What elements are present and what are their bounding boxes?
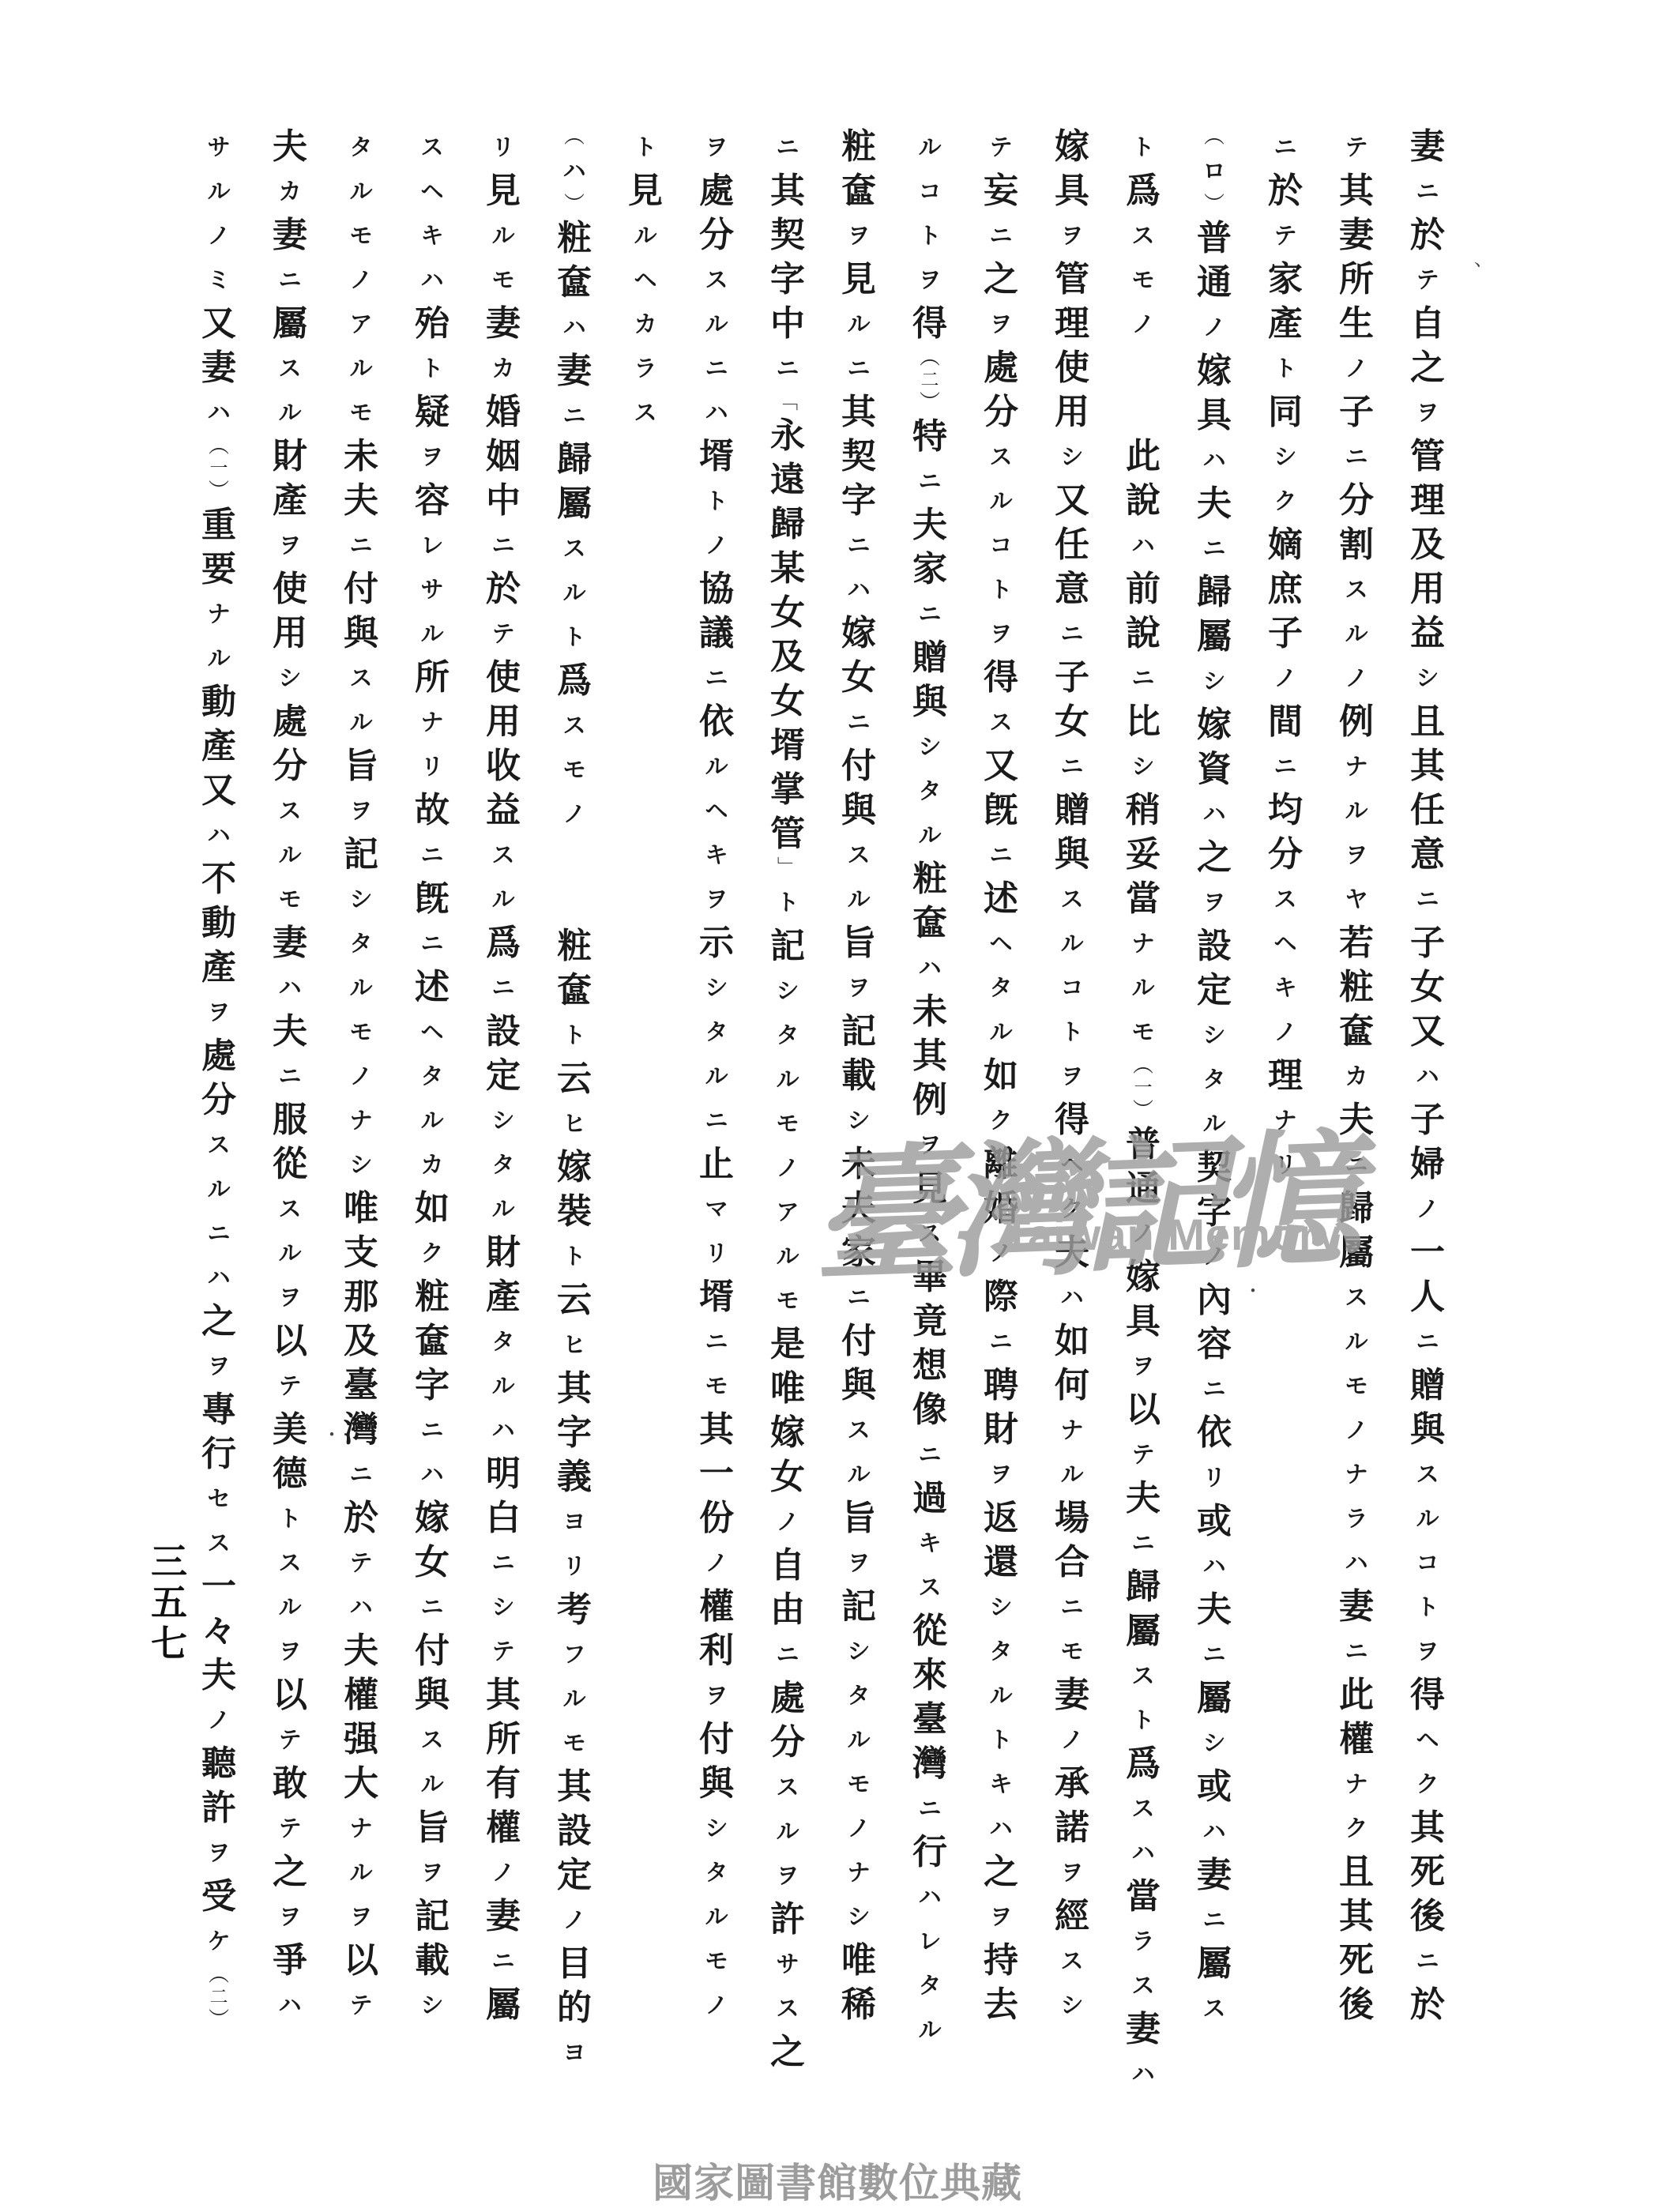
glyph-cell: リ <box>397 744 468 788</box>
glyph-cell: 產 <box>183 724 254 769</box>
glyph-cell: 嫁 <box>752 1411 823 1455</box>
glyph-cell: ニ <box>894 1432 965 1477</box>
glyph-cell: ニ <box>823 700 894 744</box>
glyph-cell: 及 <box>325 1319 397 1364</box>
glyph-cell: ︵ <box>539 125 610 149</box>
glyph-cell: シ <box>823 1629 894 1673</box>
glyph-cell: 得 <box>965 656 1036 700</box>
glyph-cell: 設 <box>1179 924 1250 969</box>
text-column-5: ト爲スモノ此說ハ前說ニ比シ稍妥當ナルモ︵一︶普通ノ嫁具ヲ以テ夫ニ歸屬スト爲スハ當… <box>1108 125 1179 2131</box>
glyph-cell: 付 <box>397 1629 468 1673</box>
glyph-cell: 付 <box>823 1319 894 1364</box>
glyph-cell: ニ <box>894 459 965 503</box>
glyph-cell: 資 <box>1179 747 1250 792</box>
glyph-cell: ヲ <box>183 990 254 1034</box>
text-column-14: リ見ルモ妻カ婚姻中ニ於テ使用收益スル爲ニ設定シタル財產タルハ明白ニシテ其所有權ノ… <box>468 125 539 2131</box>
glyph-cell: ︶ <box>539 193 610 216</box>
glyph-cell: 記 <box>397 1894 468 1939</box>
glyph-cell: ノ <box>1250 1010 1321 1054</box>
glyph-cell: 歸 <box>752 502 823 547</box>
glyph-cell: ス <box>1108 1786 1179 1830</box>
glyph-cell: 女 <box>1036 700 1108 744</box>
glyph-cell: ヲ <box>1108 1344 1179 1388</box>
glyph-cell: 處 <box>965 346 1036 390</box>
text-column-18: サルノミ又妻ハ︵一︶重要ナル動產又ハ不動產ヲ處分スルニハ之ヲ專行セス一々夫ノ聽許… <box>183 125 254 2131</box>
glyph-cell: 又 <box>183 769 254 813</box>
glyph-cell: ノ <box>183 213 254 258</box>
glyph-cell: ハ <box>254 1983 325 2027</box>
glyph-cell: 及 <box>1392 523 1463 567</box>
glyph-cell: ニ <box>681 346 752 390</box>
glyph-cell: 場 <box>1036 1496 1108 1540</box>
glyph-cell: 德 <box>254 1452 325 1496</box>
glyph-cell: 行 <box>183 1432 254 1477</box>
glyph-cell: ノ <box>325 258 397 302</box>
glyph-cell: ヲ <box>1036 1054 1108 1098</box>
text-column-16: タルモノアルモ未夫ニ付與スル旨ヲ記シタルモノナシ唯支那及臺灣ニ於テハ夫權强大ナル… <box>325 125 397 2131</box>
glyph-cell: ト <box>539 615 610 659</box>
glyph-cell: ニ <box>965 1319 1036 1364</box>
glyph-cell: 分 <box>254 744 325 788</box>
glyph-cell: ヘ <box>1250 921 1321 965</box>
glyph-cell: 歸 <box>539 438 610 482</box>
glyph-cell: ス <box>681 258 752 302</box>
glyph-cell: 義 <box>539 1455 610 1499</box>
glyph-cell: 分 <box>1250 833 1321 877</box>
glyph-cell: 說 <box>1108 479 1179 523</box>
glyph-cell: 屬 <box>1179 1942 1250 1986</box>
glyph-cell: ル <box>752 1809 823 1853</box>
glyph-cell: カ <box>610 302 681 346</box>
glyph-cell: 其 <box>468 1673 539 1717</box>
glyph-cell: 普 <box>1108 1123 1179 1167</box>
glyph-cell: ト <box>1250 346 1321 390</box>
glyph-cell: 粧 <box>1321 965 1392 1010</box>
glyph-cell: 奩 <box>823 169 894 213</box>
glyph-cell: ル <box>681 1894 752 1939</box>
glyph-cell: ス <box>183 1123 254 1167</box>
glyph-cell: ス <box>254 788 325 833</box>
glyph-cell: モ <box>681 1364 752 1408</box>
glyph-cell: 子 <box>1250 611 1321 656</box>
glyph-cell: 管 <box>1036 258 1108 302</box>
glyph-cell: ク <box>397 1231 468 1275</box>
glyph-cell: ナ <box>325 1098 397 1142</box>
glyph-cell: 由 <box>752 1588 823 1632</box>
glyph-cell: ナ <box>397 700 468 744</box>
glyph-cell: ニ <box>752 125 823 169</box>
glyph-cell: 定 <box>1179 969 1250 1013</box>
glyph-cell: 裝 <box>539 1190 610 1234</box>
glyph-cell: ニ <box>1321 1142 1392 1187</box>
glyph-cell: ト <box>681 479 752 523</box>
glyph-cell: ヲ <box>183 1344 254 1388</box>
glyph-cell: ヲ <box>965 1452 1036 1496</box>
glyph-cell: 財 <box>468 1231 539 1275</box>
glyph-cell: 後 <box>1392 1894 1463 1939</box>
glyph-cell: 用 <box>468 700 539 744</box>
glyph-cell: ナ <box>183 592 254 636</box>
glyph-cell: 妻 <box>1392 125 1463 169</box>
glyph-cell: ヤ <box>1321 877 1392 921</box>
glyph-cell: シ <box>681 965 752 1010</box>
glyph-cell: キ <box>894 1521 965 1565</box>
glyph-cell: 之 <box>1179 836 1250 880</box>
glyph-cell: 中 <box>752 302 823 346</box>
glyph-cell: 那 <box>325 1275 397 1319</box>
glyph-cell: 與 <box>1036 833 1108 877</box>
glyph-cell: 字 <box>1179 1190 1250 1234</box>
glyph-cell: ニ <box>894 592 965 636</box>
glyph-cell: 姻 <box>468 434 539 479</box>
glyph-cell: ス <box>610 390 681 434</box>
glyph-cell: 未 <box>894 990 965 1034</box>
glyph-cell: 嫁 <box>823 611 894 656</box>
glyph-cell: ル <box>254 833 325 877</box>
glyph-cell: 生 <box>1321 302 1392 346</box>
glyph-cell: タ <box>965 1629 1036 1673</box>
scanned-document-page: { "page": { "columns": [ "妻ニ於テ自之ヲ管理及用益シ且… <box>0 0 1659 2212</box>
glyph-cell: ル <box>1179 1101 1250 1145</box>
glyph-cell: タ <box>681 1850 752 1894</box>
glyph-cell: ニ <box>1036 611 1108 656</box>
glyph-cell: 妥 <box>1108 833 1179 877</box>
glyph-cell: 不 <box>183 857 254 901</box>
glyph-cell: ノ <box>1179 1234 1250 1278</box>
glyph-cell: 許 <box>752 1898 823 1942</box>
glyph-cell: ヒ <box>539 1322 610 1367</box>
glyph-cell: ヲ <box>397 434 468 479</box>
glyph-cell: ヲ <box>752 1853 823 1898</box>
glyph-cell: ヲ <box>325 788 397 833</box>
glyph-cell: コ <box>894 169 965 213</box>
glyph-cell: 粧 <box>823 125 894 169</box>
glyph-cell: ラ <box>610 346 681 390</box>
glyph-cell: 持 <box>965 1939 1036 1983</box>
glyph-cell: リ <box>1179 1455 1250 1499</box>
glyph-cell: ニ <box>752 1632 823 1676</box>
glyph-cell: テ <box>1392 258 1463 302</box>
glyph-cell: ︵ <box>183 434 254 458</box>
glyph-cell: ノ <box>681 1540 752 1585</box>
glyph-cell: ︶ <box>183 2008 254 2032</box>
glyph-cell: 粧 <box>539 924 610 969</box>
glyph-cell: ル <box>681 1054 752 1098</box>
glyph-cell: 諾 <box>1036 1806 1108 1850</box>
glyph-cell: タ <box>1179 1057 1250 1101</box>
glyph-cell: 庶 <box>1250 567 1321 611</box>
glyph-cell: 未 <box>325 434 397 479</box>
glyph-cell: 得 <box>1036 1098 1108 1142</box>
glyph-cell: ヲ <box>681 877 752 921</box>
glyph-cell: テ <box>965 125 1036 169</box>
glyph-cell: ト <box>539 1013 610 1057</box>
glyph-cell: ニ <box>468 1540 539 1585</box>
glyph-cell: ナ <box>1108 921 1179 965</box>
glyph-cell: ス <box>1321 1275 1392 1319</box>
glyph-cell: ハ <box>1108 523 1179 567</box>
glyph-cell: 妻 <box>468 302 539 346</box>
glyph-cell: ハ <box>1036 1275 1108 1319</box>
glyph-cell: ノ <box>1179 305 1250 349</box>
glyph-cell: タ <box>468 1142 539 1187</box>
glyph-cell: ヲ <box>681 125 752 169</box>
glyph-cell: ハ <box>1108 2052 1179 2096</box>
glyph-cell: ア <box>752 1190 823 1234</box>
glyph-cell: 產 <box>183 946 254 990</box>
glyph-cell: ル <box>1321 1319 1392 1364</box>
glyph-cell: 人 <box>1392 1275 1463 1319</box>
glyph-cell: 分 <box>752 1721 823 1765</box>
glyph-cell: モ <box>325 213 397 258</box>
glyph-cell: ス <box>1036 1939 1108 1983</box>
glyph-cell: 其 <box>894 1034 965 1078</box>
glyph-cell: 以 <box>1108 1388 1179 1432</box>
glyph-cell: ル <box>539 1676 610 1721</box>
glyph-cell: 與 <box>1392 1408 1463 1452</box>
glyph-cell: 設 <box>468 1010 539 1054</box>
glyph-cell: モ <box>681 1939 752 1983</box>
glyph-cell: 分 <box>183 1078 254 1123</box>
glyph-cell: 又 <box>1392 1010 1463 1054</box>
glyph-cell: 服 <box>254 1098 325 1142</box>
glyph-cell: 旣 <box>965 788 1036 833</box>
glyph-cell: 契 <box>752 213 823 258</box>
glyph-cell: タ <box>894 769 965 813</box>
glyph-cell: ニ <box>325 1452 397 1496</box>
glyph-cell: ナ <box>1321 1452 1392 1496</box>
glyph-cell: 臺 <box>325 1364 397 1408</box>
glyph-cell: ヲ <box>1036 1850 1108 1894</box>
glyph-cell: モ <box>325 390 397 434</box>
glyph-cell: 處 <box>752 1676 823 1721</box>
glyph-cell: 還 <box>965 1540 1036 1585</box>
glyph-cell: 粧 <box>539 216 610 261</box>
glyph-cell: フ <box>539 1632 610 1676</box>
glyph-cell: リ <box>539 1544 610 1588</box>
glyph-cell: シ <box>1036 434 1108 479</box>
glyph-cell: 嫡 <box>1250 523 1321 567</box>
glyph-cell: ノ <box>1108 1211 1179 1255</box>
glyph-cell: 利 <box>681 1629 752 1673</box>
glyph-cell: カ <box>1321 1054 1392 1098</box>
glyph-cell: ニ <box>1392 169 1463 213</box>
glyph-cell: ル <box>1036 1452 1108 1496</box>
glyph-cell: 處 <box>183 1034 254 1078</box>
glyph-cell: ニ <box>183 1211 254 1255</box>
glyph-cell: ト <box>752 880 823 924</box>
glyph-cell: 其 <box>681 1408 752 1452</box>
glyph-cell: 未 <box>823 1142 894 1187</box>
glyph-cell: ル <box>183 169 254 213</box>
glyph-cell: ニ <box>254 1054 325 1098</box>
glyph-cell: 掌 <box>752 768 823 812</box>
glyph-cell: 記 <box>823 1010 894 1054</box>
glyph-cell: 子 <box>1321 390 1392 434</box>
glyph-cell: 壻 <box>752 724 823 768</box>
glyph-cell: ス <box>1321 567 1392 611</box>
glyph-cell: サ <box>752 1942 823 1986</box>
glyph-cell: テ <box>325 1540 397 1585</box>
glyph-cell: 見 <box>823 258 894 302</box>
glyph-cell: 爲 <box>1108 1742 1179 1786</box>
glyph-cell: 分 <box>965 390 1036 434</box>
glyph-cell: 夫 <box>183 1653 254 1698</box>
text-column-15: スヘキハ殆ト疑ヲ容レサル所ナリ故ニ旣ニ述ヘタルカ如ク粧奩字ニハ嫁女ニ付與スル旨ヲ… <box>397 125 468 2131</box>
glyph-cell: 同 <box>1250 390 1321 434</box>
glyph-cell: ヲ <box>254 1275 325 1319</box>
glyph-cell: 使 <box>1036 346 1108 390</box>
glyph-cell: 二 <box>894 370 965 391</box>
glyph-cell: 自 <box>1392 302 1463 346</box>
glyph-cell: ニ <box>468 1939 539 1983</box>
glyph-cell: 意 <box>1392 833 1463 877</box>
glyph-cell: ノ <box>681 523 752 567</box>
glyph-cell: 益 <box>468 788 539 833</box>
glyph-cell: 以 <box>254 1319 325 1364</box>
glyph-cell: 議 <box>681 611 752 656</box>
glyph-cell: タ <box>325 921 397 965</box>
glyph-cell: 的 <box>539 1986 610 2030</box>
glyph-cell: 夫 <box>1179 1588 1250 1632</box>
glyph-cell: ハ <box>1392 1054 1463 1098</box>
glyph-cell: ス <box>1108 213 1179 258</box>
glyph-cell: ル <box>254 1231 325 1275</box>
glyph-cell: ロ <box>1179 149 1250 193</box>
glyph-cell: ニ <box>1321 1629 1392 1673</box>
glyph-cell: ﹁ <box>752 390 823 414</box>
glyph-cell: ク <box>1392 1762 1463 1806</box>
glyph-cell: ヘ <box>1392 1717 1463 1762</box>
glyph-cell: 用 <box>1392 567 1463 611</box>
glyph-cell: ヲ <box>1321 833 1392 877</box>
glyph-cell: 夫 <box>254 1010 325 1054</box>
glyph-cell: ス <box>1036 877 1108 921</box>
glyph-cell: ク <box>1321 1806 1392 1850</box>
glyph-cell: ル <box>397 1098 468 1142</box>
glyph-cell: ヲ <box>397 1850 468 1894</box>
glyph-cell: 奩 <box>894 901 965 946</box>
glyph-cell: 爲 <box>468 921 539 965</box>
glyph-cell: 通 <box>1179 261 1250 305</box>
glyph-cell: ︶ <box>183 480 254 503</box>
glyph-cell: ︵ <box>1108 1054 1179 1078</box>
glyph-cell: ニ <box>325 523 397 567</box>
glyph-cell: ス <box>539 526 610 570</box>
glyph-cell: ハ <box>539 149 610 193</box>
glyph-cell: 妻 <box>1321 213 1392 258</box>
glyph-cell: 協 <box>681 567 752 611</box>
glyph-cell: 二 <box>183 1987 254 2008</box>
glyph-cell: ︶ <box>894 391 965 415</box>
glyph-cell: シ <box>325 877 397 921</box>
glyph-cell: 支 <box>325 1231 397 1275</box>
glyph-cell: ナ <box>1321 744 1392 788</box>
glyph-cell: ル <box>823 302 894 346</box>
glyph-cell: 目 <box>539 1942 610 1986</box>
glyph-cell: 割 <box>1321 523 1392 567</box>
text-column-1: 妻ニ於テ自之ヲ管理及用益シ且其任意ニ子女又ハ子婦ノ一人ニ贈與スルコトヲ得ヘク其死… <box>1392 125 1463 2131</box>
glyph-cell: ハ <box>539 305 610 349</box>
glyph-cell: 示 <box>681 921 752 965</box>
glyph-cell: 嫁 <box>539 1145 610 1190</box>
glyph-cell: 管 <box>1392 434 1463 479</box>
glyph-cell: 之 <box>183 1300 254 1344</box>
glyph-cell: ル <box>610 213 681 258</box>
glyph-cell: 份 <box>681 1496 752 1540</box>
glyph-cell: 奩 <box>397 1319 468 1364</box>
glyph-cell: ス <box>752 1765 823 1809</box>
glyph-cell: 其 <box>1392 1806 1463 1850</box>
glyph-cell: ル <box>468 213 539 258</box>
glyph-cell: ノ <box>1321 346 1392 390</box>
glyph-cell: 明 <box>468 1452 539 1496</box>
glyph-cell: シ <box>1179 659 1250 703</box>
glyph-cell: ヲ <box>965 1894 1036 1939</box>
glyph-cell: ニ <box>1036 1585 1108 1629</box>
glyph-cell: 財 <box>254 434 325 479</box>
glyph-cell: ︵ <box>894 346 965 370</box>
glyph-cell: サ <box>183 125 254 169</box>
text-column-9: 粧奩ヲ見ルニ其契字ニハ嫁女ニ付與スル旨ヲ記載シ未夫家ニ付與スル旨ヲ記シタルモノナ… <box>823 125 894 2131</box>
glyph-cell: 得 <box>1392 1673 1463 1717</box>
glyph-cell: 特 <box>894 415 965 459</box>
glyph-cell: 述 <box>965 877 1036 921</box>
glyph-cell: 一 <box>183 1565 254 1609</box>
glyph-cell: 夫 <box>894 503 965 547</box>
glyph-cell: ト <box>894 213 965 258</box>
glyph-cell: 臺 <box>894 1698 965 1742</box>
glyph-cell: 强 <box>325 1717 397 1762</box>
glyph-cell: 動 <box>183 680 254 724</box>
glyph-cell: キ <box>965 1762 1036 1806</box>
glyph-cell: 妻 <box>1321 1585 1392 1629</box>
glyph-cell: 離 <box>965 1142 1036 1187</box>
glyph-cell: 之 <box>965 258 1036 302</box>
glyph-cell: キ <box>1250 965 1321 1010</box>
glyph-cell: ニ <box>254 258 325 302</box>
glyph-cell: テ <box>1321 125 1392 169</box>
glyph-cell: 所 <box>1321 258 1392 302</box>
glyph-cell: ヨ <box>539 2030 610 2075</box>
glyph-cell: マ <box>681 1187 752 1231</box>
glyph-cell: ク <box>1250 479 1321 523</box>
glyph-cell: ノ <box>681 1983 752 2027</box>
glyph-cell: ハ <box>254 965 325 1010</box>
glyph-cell: ニ <box>752 346 823 390</box>
glyph-cell: ヲ <box>183 1830 254 1875</box>
glyph-cell: ス <box>965 434 1036 479</box>
glyph-cell: ル <box>894 2007 965 2052</box>
glyph-cell: 要 <box>183 547 254 592</box>
glyph-cell: ノ <box>965 1231 1036 1275</box>
glyph-cell: 旨 <box>325 744 397 788</box>
glyph-cell: レ <box>894 1919 965 1963</box>
glyph-cell: 夫 <box>325 1629 397 1673</box>
glyph-cell: 當 <box>1108 877 1179 921</box>
glyph-cell: ヘ <box>397 1010 468 1054</box>
glyph-cell: 用 <box>1036 390 1108 434</box>
glyph-cell: 夫 <box>1036 1231 1108 1275</box>
glyph-cell: 比 <box>1108 700 1179 744</box>
glyph-cell: レ <box>397 523 468 567</box>
glyph-cell: ニ <box>1108 1521 1179 1565</box>
glyph-cell: 妻 <box>254 921 325 965</box>
glyph-cell: 通 <box>1108 1167 1179 1211</box>
glyph-cell: 子 <box>1392 921 1463 965</box>
glyph-cell: ル <box>823 877 894 921</box>
glyph-cell: モ <box>1108 1010 1179 1054</box>
